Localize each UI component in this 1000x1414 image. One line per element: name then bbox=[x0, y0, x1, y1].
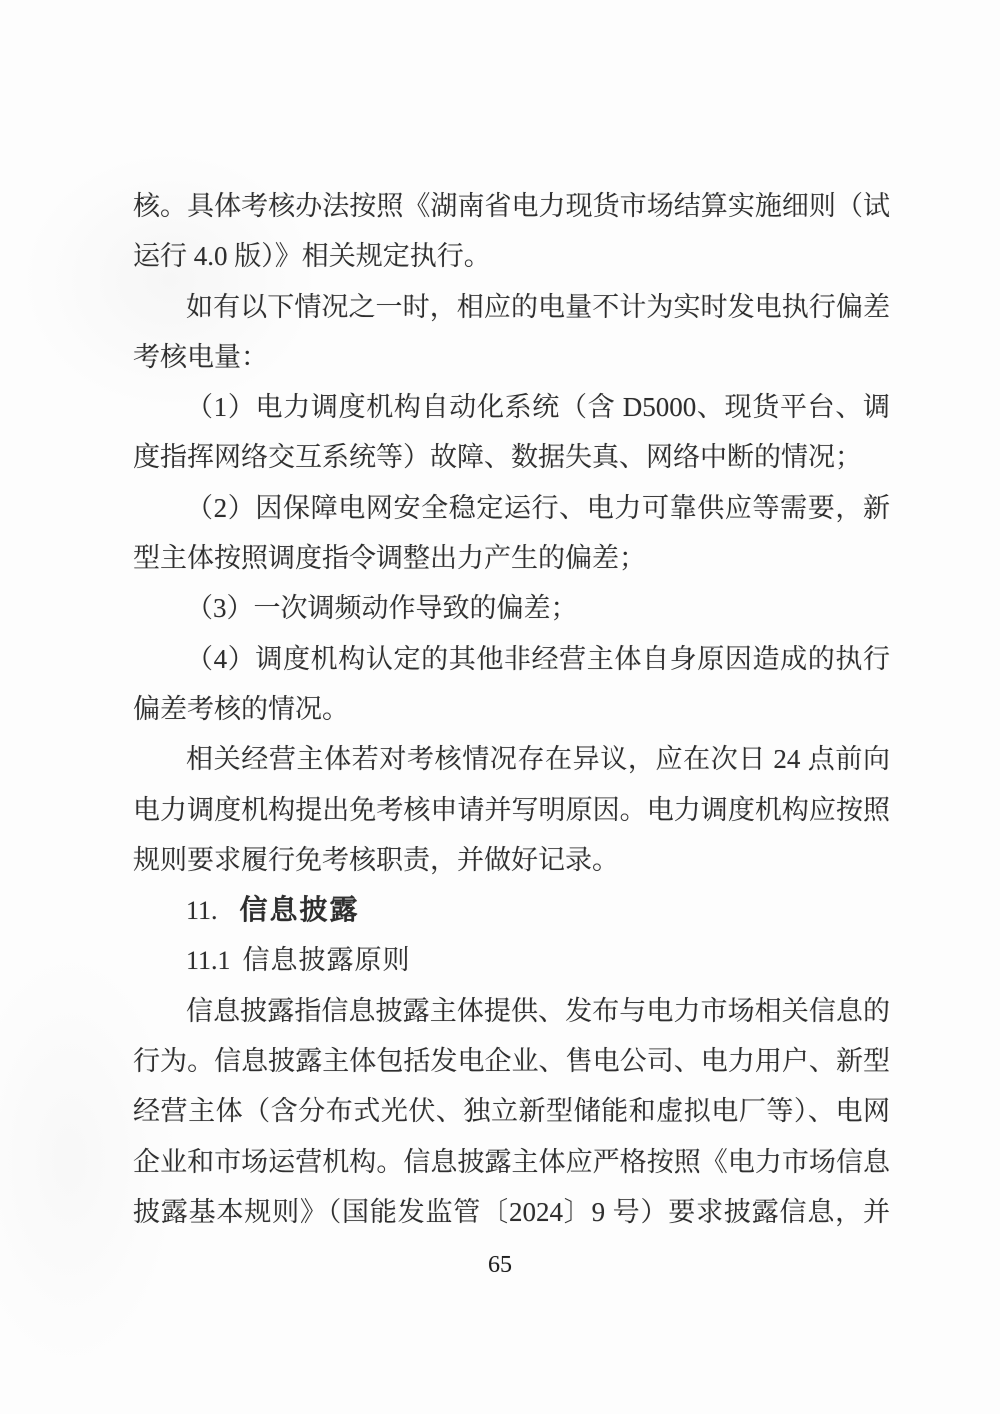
scanned-document-page: 核。具体考核办法按照《湖南省电力现货市场结算实施细则（试运行 4.0 版）》相关… bbox=[0, 0, 1000, 1414]
text-line: （3）一次调频动作导致的偏差； bbox=[133, 583, 890, 633]
text-line: 考核电量： bbox=[133, 332, 890, 382]
text-line: 披露基本规则》（国能发监管〔2024〕9 号）要求披露信息，并 bbox=[133, 1187, 890, 1237]
text-line: 偏差考核的情况。 bbox=[133, 684, 890, 734]
text-line: 信息披露指信息披露主体提供、发布与电力市场相关信息的 bbox=[133, 986, 890, 1036]
text-line: （4）调度机构认定的其他非经营主体自身原因造成的执行 bbox=[133, 634, 890, 684]
text-line: 核。具体考核办法按照《湖南省电力现货市场结算实施细则（试 bbox=[133, 181, 890, 231]
text-line: 电力调度机构提出免考核申请并写明原因。电力调度机构应按照 bbox=[133, 785, 890, 835]
text-line: （1）电力调度机构自动化系统（含 D5000、现货平台、调 bbox=[133, 382, 890, 432]
subsection-heading: 11.1信息披露原则 bbox=[133, 935, 890, 985]
text-line: 经营主体（含分布式光伏、独立新型储能和虚拟电厂等）、电网 bbox=[133, 1086, 890, 1136]
heading-number: 11.1 bbox=[186, 946, 231, 975]
text-line: 如有以下情况之一时，相应的电量不计为实时发电执行偏差 bbox=[133, 282, 890, 332]
text-line: 度指挥网络交互系统等）故障、数据失真、网络中断的情况； bbox=[133, 432, 890, 482]
heading-number: 11. bbox=[186, 896, 218, 925]
heading-title: 信息披露原则 bbox=[243, 945, 411, 975]
section-heading: 11.信息披露 bbox=[133, 885, 890, 935]
text-line: 企业和市场运营机构。信息披露主体应严格按照《电力市场信息 bbox=[133, 1137, 890, 1187]
heading-title: 信息披露 bbox=[240, 894, 360, 925]
text-line: （2）因保障电网安全稳定运行、电力可靠供应等需要，新 bbox=[133, 483, 890, 533]
text-line: 规则要求履行免考核职责，并做好记录。 bbox=[133, 835, 890, 885]
text-line: 运行 4.0 版）》相关规定执行。 bbox=[133, 231, 890, 281]
text-line: 相关经营主体若对考核情况存在异议，应在次日 24 点前向 bbox=[133, 734, 890, 784]
page-number: 65 bbox=[0, 1250, 1000, 1280]
text-line: 行为。信息披露主体包括发电企业、售电公司、电力用户、新型 bbox=[133, 1036, 890, 1086]
text-line: 型主体按照调度指令调整出力产生的偏差； bbox=[133, 533, 890, 583]
document-body: 核。具体考核办法按照《湖南省电力现货市场结算实施细则（试运行 4.0 版）》相关… bbox=[133, 181, 890, 1237]
